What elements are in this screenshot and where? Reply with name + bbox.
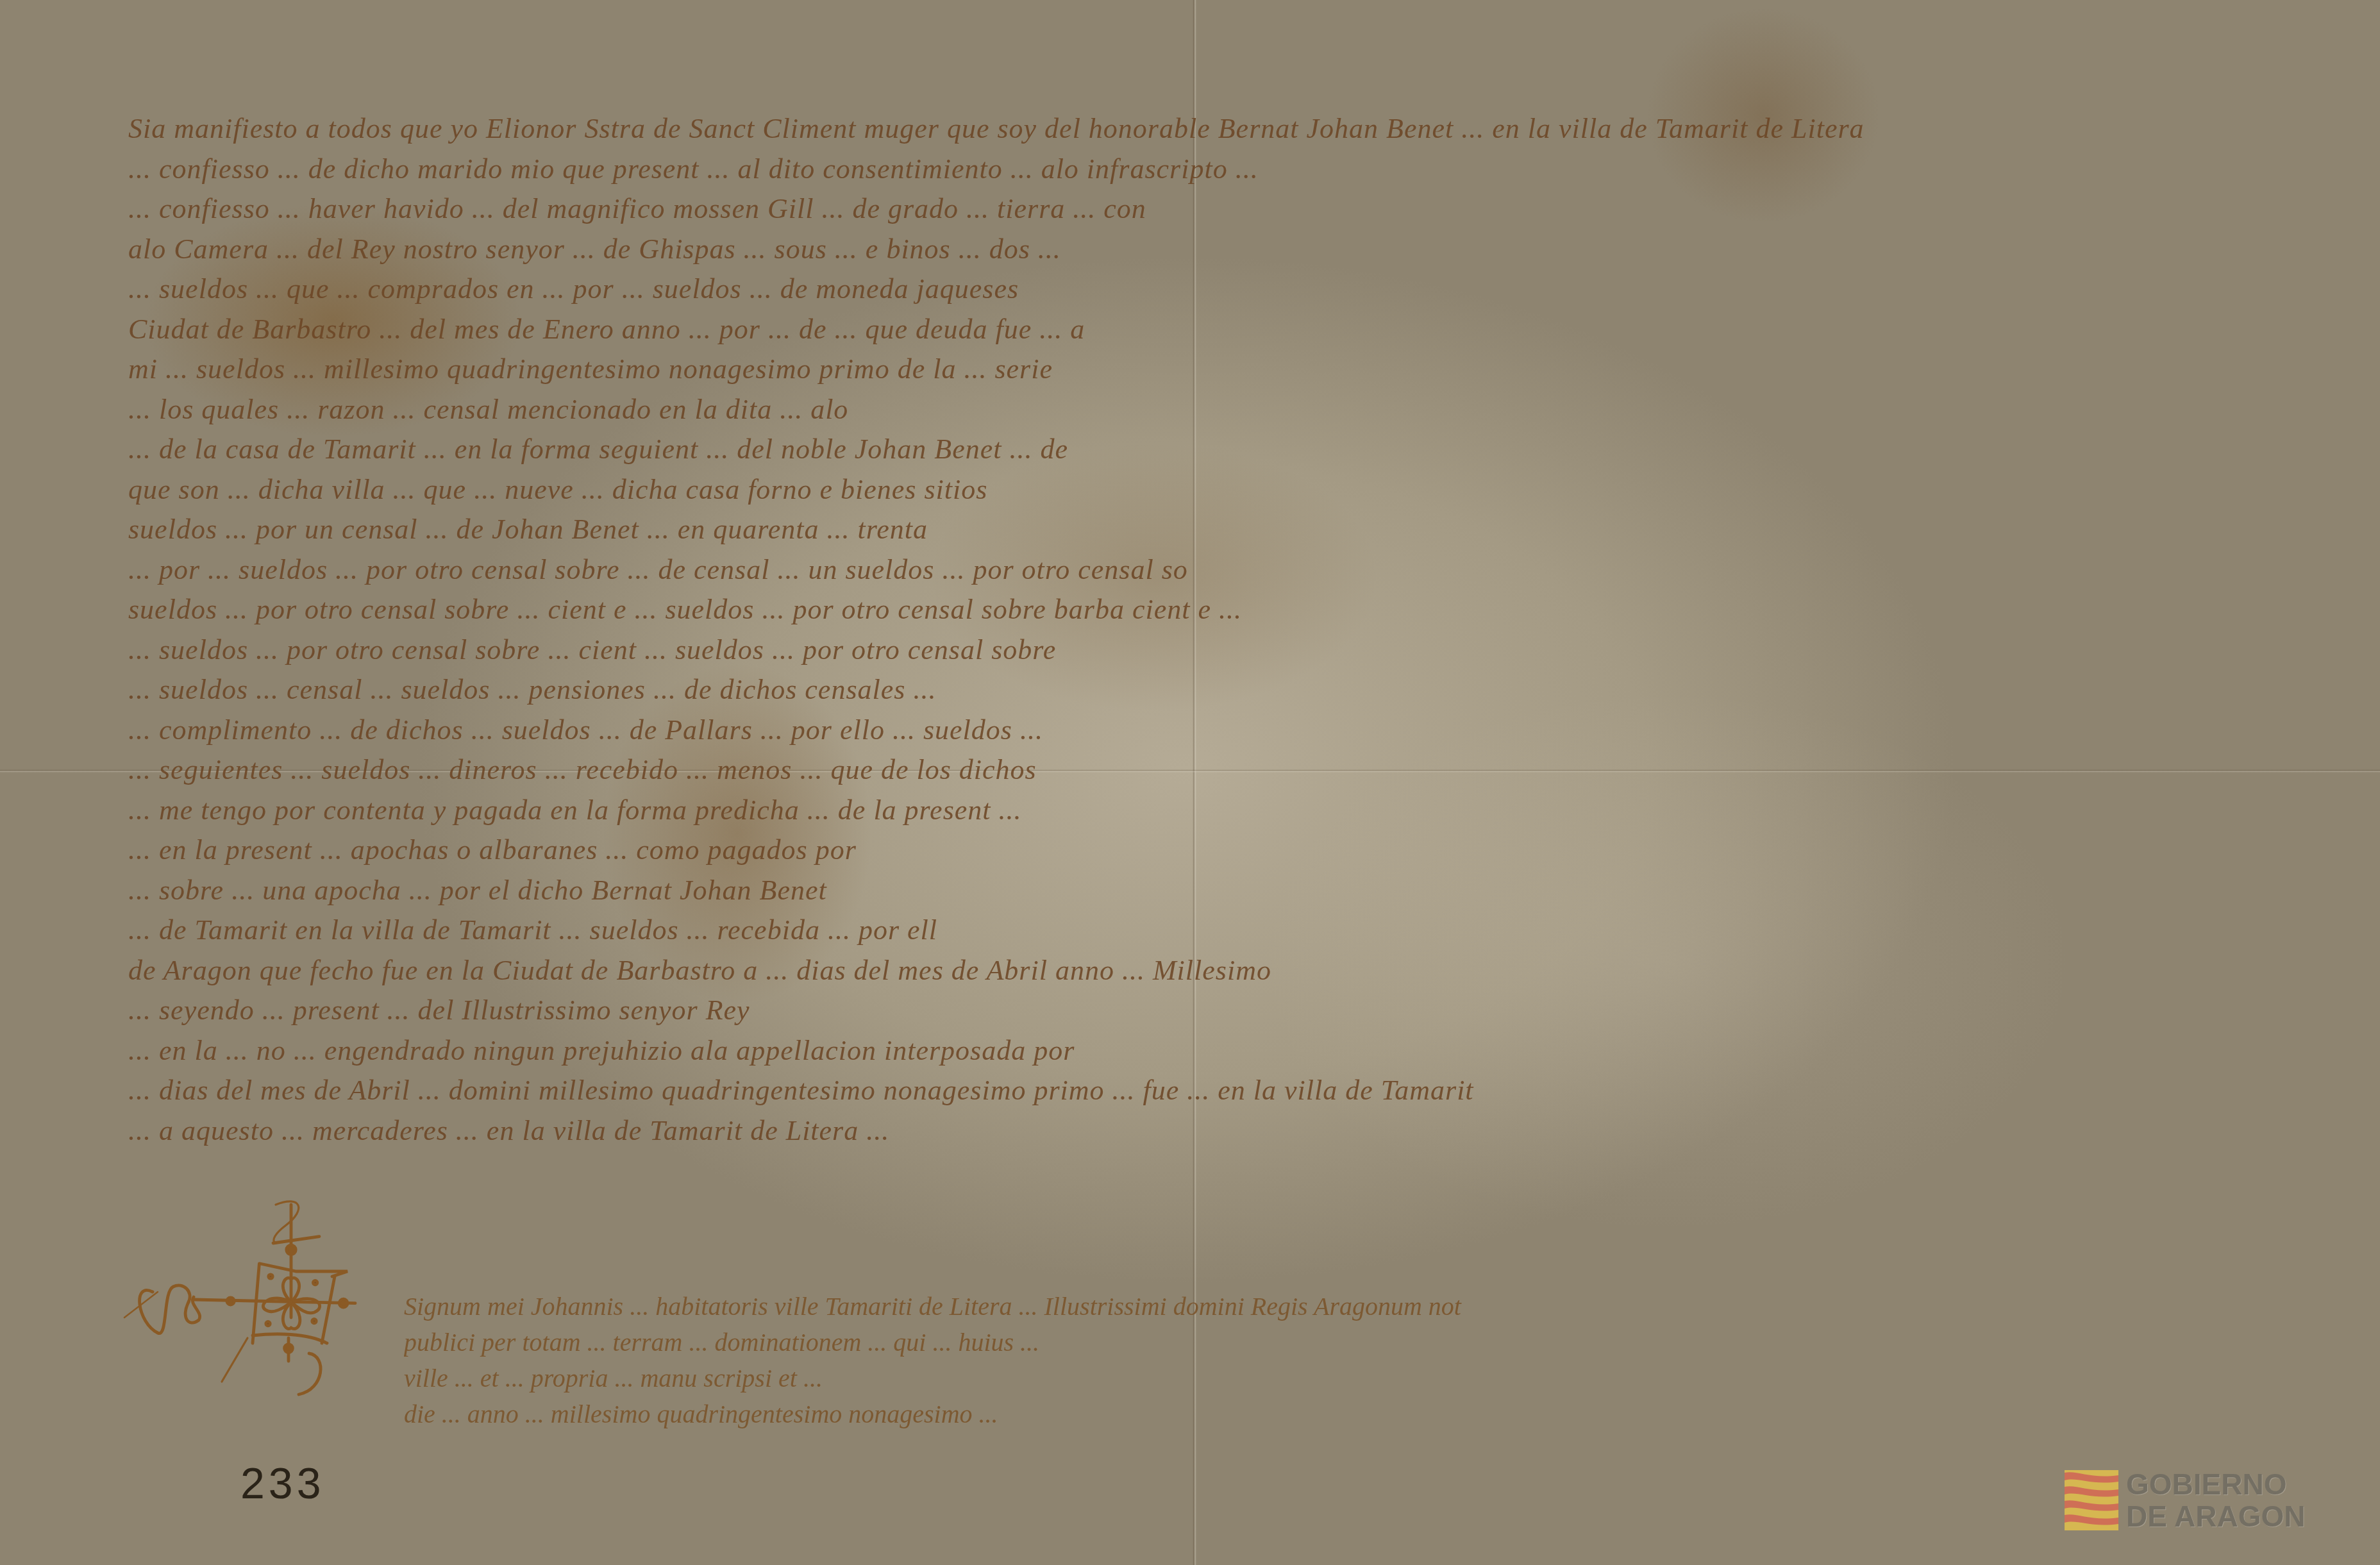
aragon-flag-icon <box>2065 1470 2118 1530</box>
text-line: ... en la ... no ... engendrado ningun p… <box>128 1031 2257 1071</box>
text-line: Ciudat de Barbastro ... del mes de Enero… <box>128 310 2257 350</box>
subscription-line: publici per totam ... terram ... dominat… <box>404 1325 2250 1360</box>
text-line: ... complimento ... de dichos ... sueldo… <box>128 710 2257 751</box>
text-line: ... sueldos ... por otro censal sobre ..… <box>128 630 2257 671</box>
gobierno-de-aragon-watermark: GOBIERNO DE ARAGON <box>2065 1468 2305 1532</box>
text-line: ... confiesso ... haver havido ... del m… <box>128 189 2257 230</box>
notarial-signum-icon <box>122 1186 378 1398</box>
text-line: ... seyendo ... present ... del Illustri… <box>128 991 2257 1031</box>
text-line: ... sueldos ... que ... comprados en ...… <box>128 269 2257 310</box>
subscription-line: die ... anno ... millesimo quadringentes… <box>404 1396 2250 1432</box>
text-line: ... seguientes ... sueldos ... dineros .… <box>128 750 2257 791</box>
text-line: ... confiesso ... de dicho marido mio qu… <box>128 149 2257 190</box>
text-line: ... sueldos ... censal ... sueldos ... p… <box>128 670 2257 710</box>
text-line: alo Camera ... del Rey nostro senyor ...… <box>128 230 2257 270</box>
archive-number: 233 <box>240 1459 324 1509</box>
text-line: ... por ... sueldos ... por otro censal … <box>128 550 2257 590</box>
text-line: sueldos ... por otro censal sobre ... ci… <box>128 590 2257 630</box>
subscription-line: ville ... et ... propria ... manu scrips… <box>404 1360 2250 1396</box>
text-line: ... me tengo por contenta y pagada en la… <box>128 791 2257 831</box>
text-line: que son ... dicha villa ... que ... nuev… <box>128 470 2257 510</box>
watermark-line1: GOBIERNO <box>2126 1468 2305 1500</box>
text-line: ... de Tamarit en la villa de Tamarit ..… <box>128 910 2257 951</box>
text-line: Sia manifiesto a todos que yo Elionor Ss… <box>128 109 2257 149</box>
text-line: mi ... sueldos ... millesimo quadringent… <box>128 349 2257 390</box>
text-line: ... los quales ... razon ... censal menc… <box>128 390 2257 430</box>
watermark-line2: DE ARAGON <box>2126 1500 2305 1532</box>
charter-body-text: Sia manifiesto a todos que yo Elionor Ss… <box>128 109 2257 1151</box>
notarial-subscription: Signum mei Johannis ... habitatoris vill… <box>404 1289 2250 1432</box>
text-line: ... dias del mes de Abril ... domini mil… <box>128 1071 2257 1111</box>
text-line: ... a aquesto ... mercaderes ... en la v… <box>128 1111 2257 1151</box>
text-line: ... en la present ... apochas o albarane… <box>128 830 2257 871</box>
text-line: ... de la casa de Tamarit ... en la form… <box>128 430 2257 470</box>
subscription-line: Signum mei Johannis ... habitatoris vill… <box>404 1289 2250 1325</box>
text-line: de Aragon que fecho fue en la Ciudat de … <box>128 951 2257 991</box>
text-line: ... sobre ... una apocha ... por el dich… <box>128 871 2257 911</box>
text-line: sueldos ... por un censal ... de Johan B… <box>128 510 2257 550</box>
